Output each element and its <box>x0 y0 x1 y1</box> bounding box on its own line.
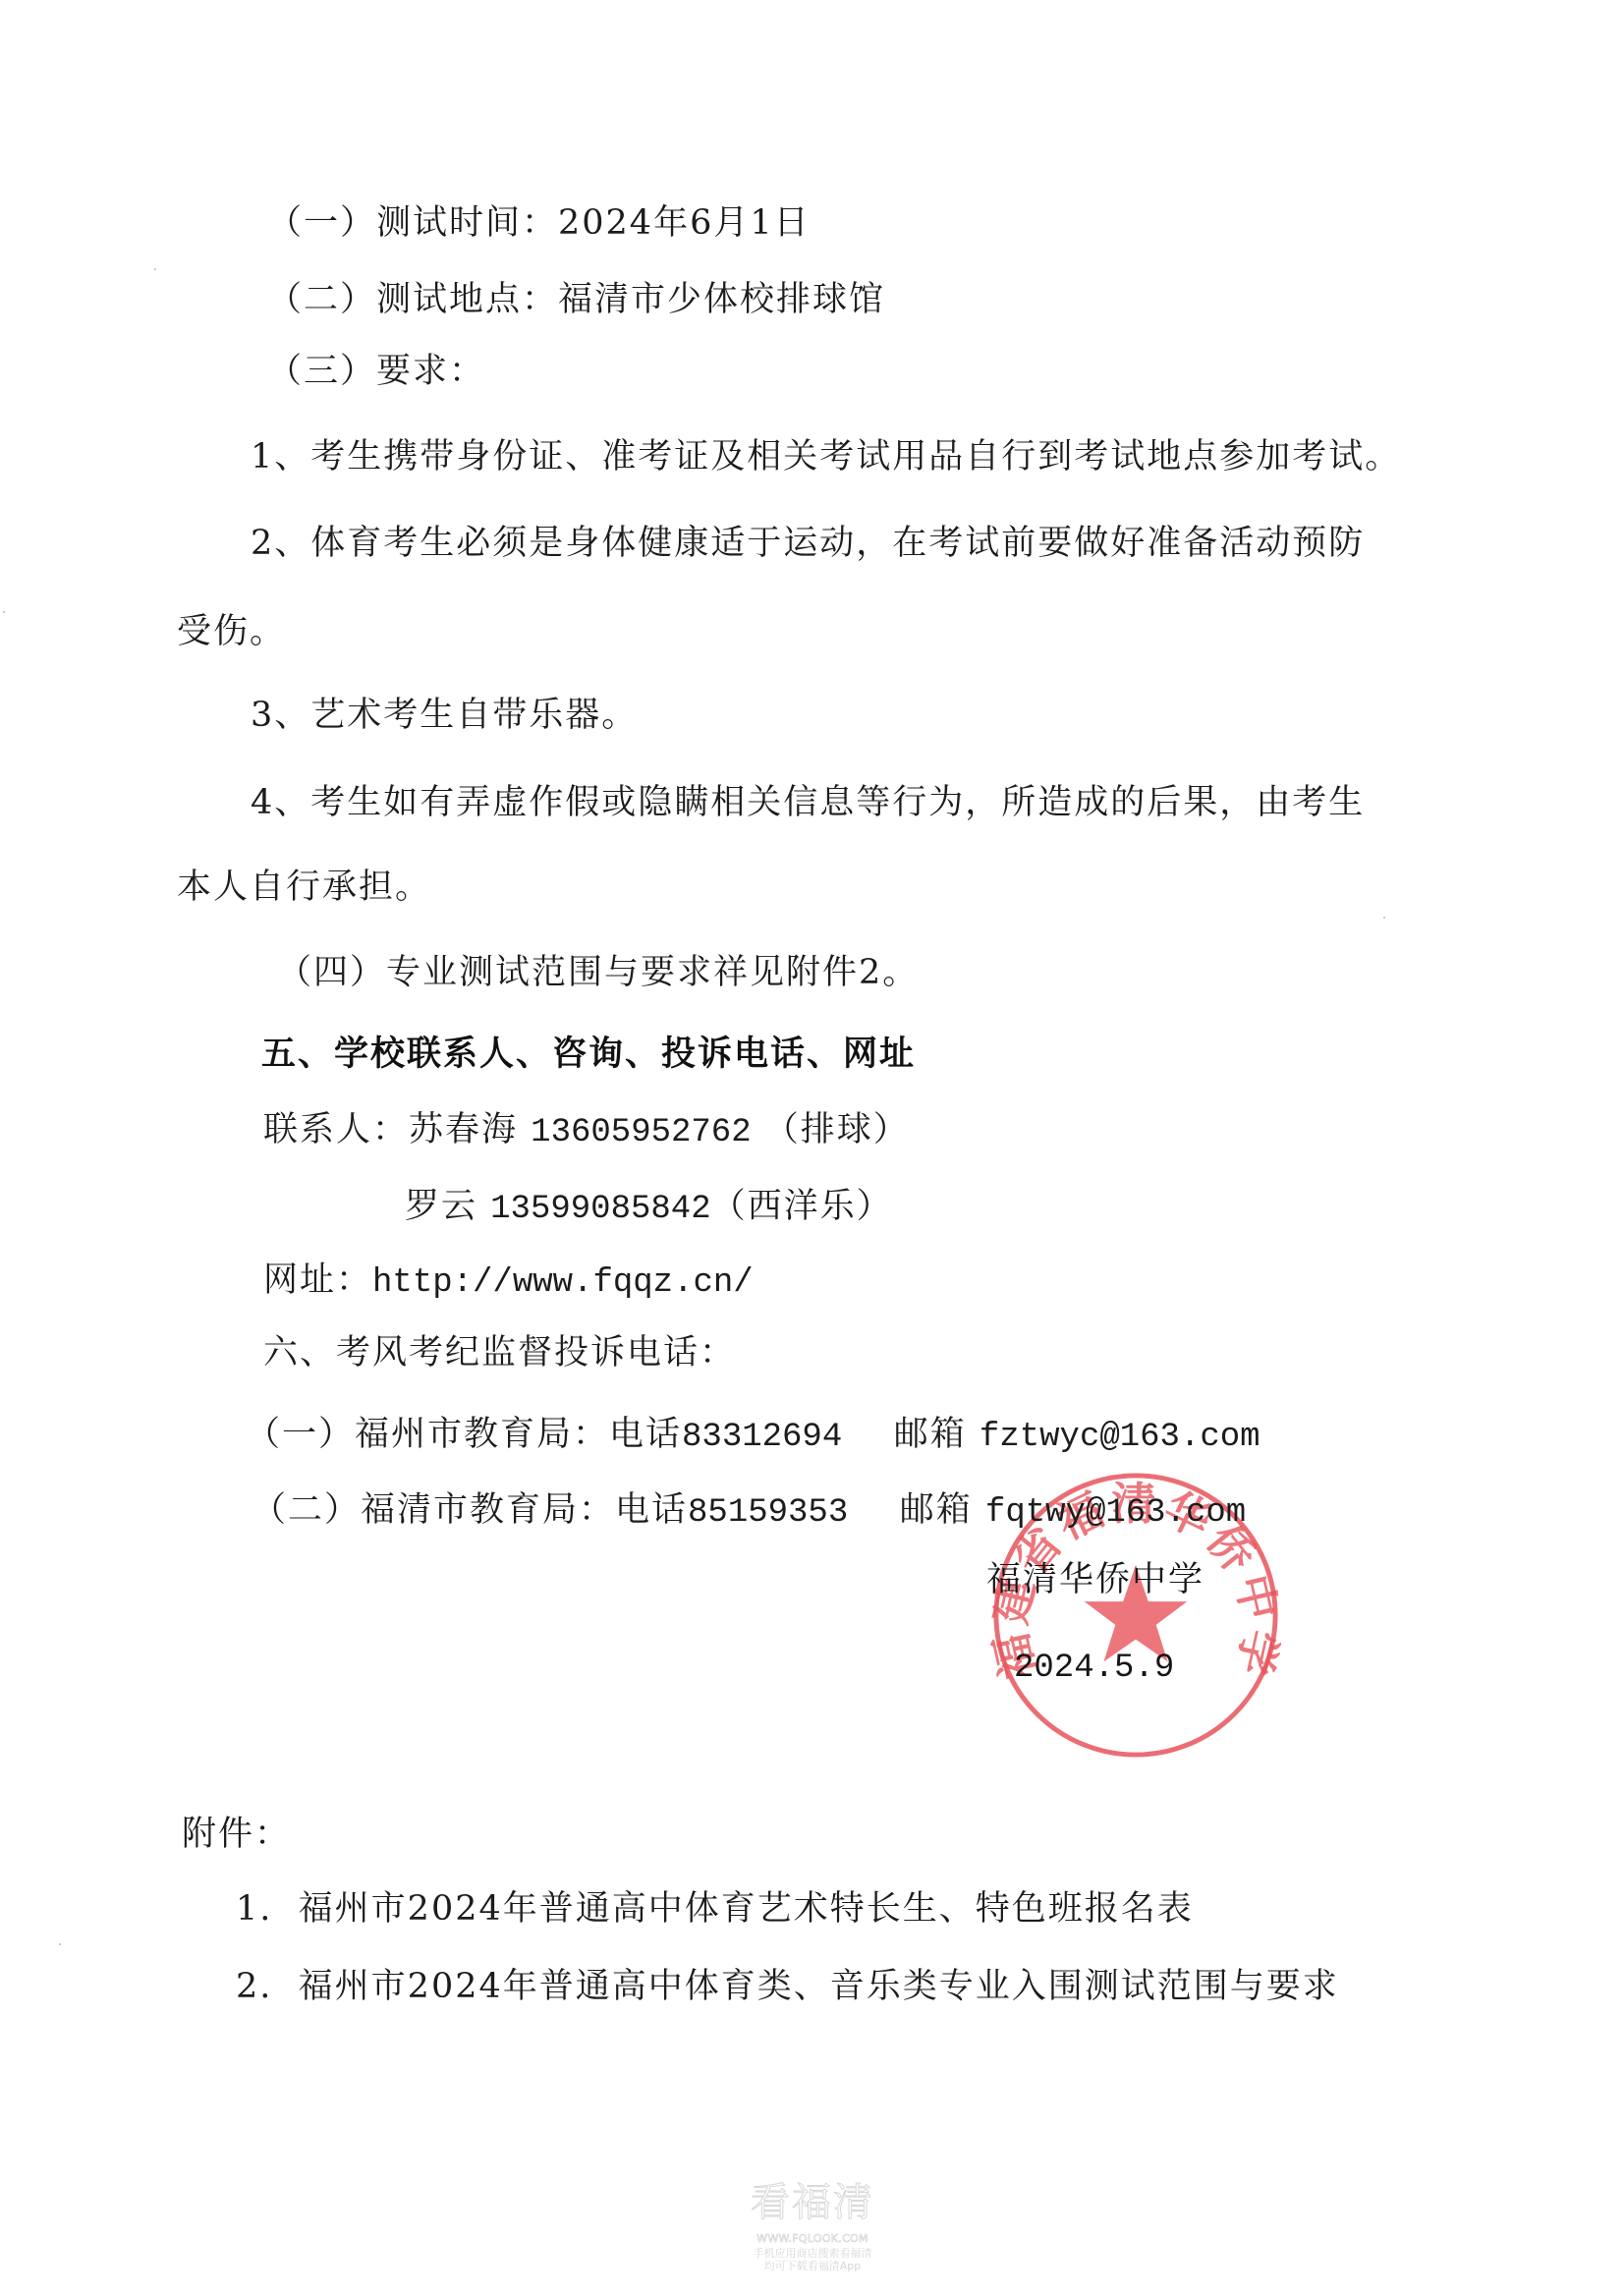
requirements-heading: （三）要求： <box>267 350 485 393</box>
section-6-heading: 六、考风考纪监督投诉电话： <box>263 1331 736 1374</box>
contact-label: 联系人： <box>263 1110 409 1149</box>
website-label: 网址： <box>263 1260 372 1300</box>
test-location: （二）测试地点：福清市少体校排球馆 <box>267 278 885 321</box>
contact-row-1: 联系人：苏春海 13605952762 （排球） <box>263 1108 910 1151</box>
complaint-email[interactable]: fqtwy@163.com <box>985 1494 1246 1532</box>
attachment-item-2[interactable]: 2. 福州市2024年普通高中体育类、音乐类专业入围测试范围与要求 <box>236 1965 1339 2008</box>
attachment-title: 福州市2024年普通高中体育艺术特长生、特色班报名表 <box>299 1889 1194 1929</box>
email-label: 邮箱 <box>894 1415 967 1454</box>
website-link[interactable]: http://www.fqqz.cn/ <box>372 1264 754 1302</box>
attachment-number: 2. <box>236 1967 272 2006</box>
requirement-3: 3、艺术考生自带乐器。 <box>251 694 638 737</box>
watermark: 看福清 WWW.FQLOOK.COM 手机应用商店搜索看福清 均可下载看福清Ap… <box>739 2183 886 2271</box>
complaint-phone: 85159353 <box>688 1494 848 1532</box>
scan-speck <box>154 268 156 270</box>
complaint-row-1: （一）福州市教育局：电话83312694 邮箱 fztwyc@163.com <box>246 1413 1260 1456</box>
watermark-line-1: 手机应用商店搜索看福清 <box>739 2248 886 2259</box>
requirement-1: 1、考生携带身份证、准考证及相关考试用品自行到考试地点参加考试。 <box>251 435 1401 478</box>
scan-speck <box>59 1943 61 1945</box>
requirement-4: 4、考生如有弄虚作假或隐瞒相关信息等行为，所造成的后果，由考生 <box>251 781 1365 824</box>
watermark-line-2: 均可下载看福清App <box>739 2261 886 2271</box>
signature-org: 福清华侨中学 <box>986 1558 1204 1601</box>
item-4-attachment-ref: （四）专业测试范围与要求祥见附件2。 <box>277 951 919 994</box>
test-time: （一）测试时间：2024年6月1日 <box>267 201 811 245</box>
contact-phone: 13605952762 <box>531 1114 751 1151</box>
website-row: 网址：http://www.fqqz.cn/ <box>263 1259 754 1302</box>
watermark-logo: 看福清 <box>739 2183 886 2230</box>
contact-name: 苏春海 <box>409 1110 518 1149</box>
complaint-org: （一）福州市教育局：电话 <box>246 1415 682 1454</box>
scan-speck <box>3 611 5 613</box>
complaint-org: （二）福清市教育局：电话 <box>252 1490 688 1530</box>
complaint-phone: 83312694 <box>682 1419 842 1456</box>
requirement-4-cont: 本人自行承担。 <box>177 866 431 909</box>
email-label: 邮箱 <box>900 1490 973 1530</box>
signature-date: 2024.5.9 <box>1014 1647 1174 1690</box>
requirement-2: 2、体育考生必须是身体健康适于运动，在考试前要做好准备活动预防 <box>251 522 1365 565</box>
section-5-heading: 五、学校联系人、咨询、投诉电话、网址 <box>261 1033 916 1076</box>
contact-phone: 13599085842 <box>490 1191 710 1228</box>
attachment-title: 福州市2024年普通高中体育类、音乐类专业入围测试范围与要求 <box>299 1967 1339 2006</box>
complaint-email[interactable]: fztwyc@163.com <box>980 1419 1260 1456</box>
requirement-2-cont: 受伤。 <box>177 610 286 653</box>
complaint-row-2: （二）福清市教育局：电话85159353 邮箱 fqtwy@163.com <box>252 1488 1246 1532</box>
watermark-url: WWW.FQLOOK.COM <box>739 2233 886 2244</box>
attachment-number: 1. <box>236 1889 272 1929</box>
attachments-label: 附件： <box>182 1813 291 1856</box>
attachment-item-1[interactable]: 1. 福州市2024年普通高中体育艺术特长生、特色班报名表 <box>236 1887 1194 1931</box>
scan-speck <box>1383 917 1385 919</box>
document-page: （一）测试时间：2024年6月1日 （二）测试地点：福清市少体校排球馆 （三）要… <box>0 0 1624 2296</box>
contact-row-2: 罗云 13599085842（西洋乐） <box>405 1185 893 1228</box>
contact-note: （西洋乐） <box>711 1187 893 1226</box>
contact-note: （排球） <box>764 1110 910 1149</box>
contact-name: 罗云 <box>405 1187 477 1226</box>
